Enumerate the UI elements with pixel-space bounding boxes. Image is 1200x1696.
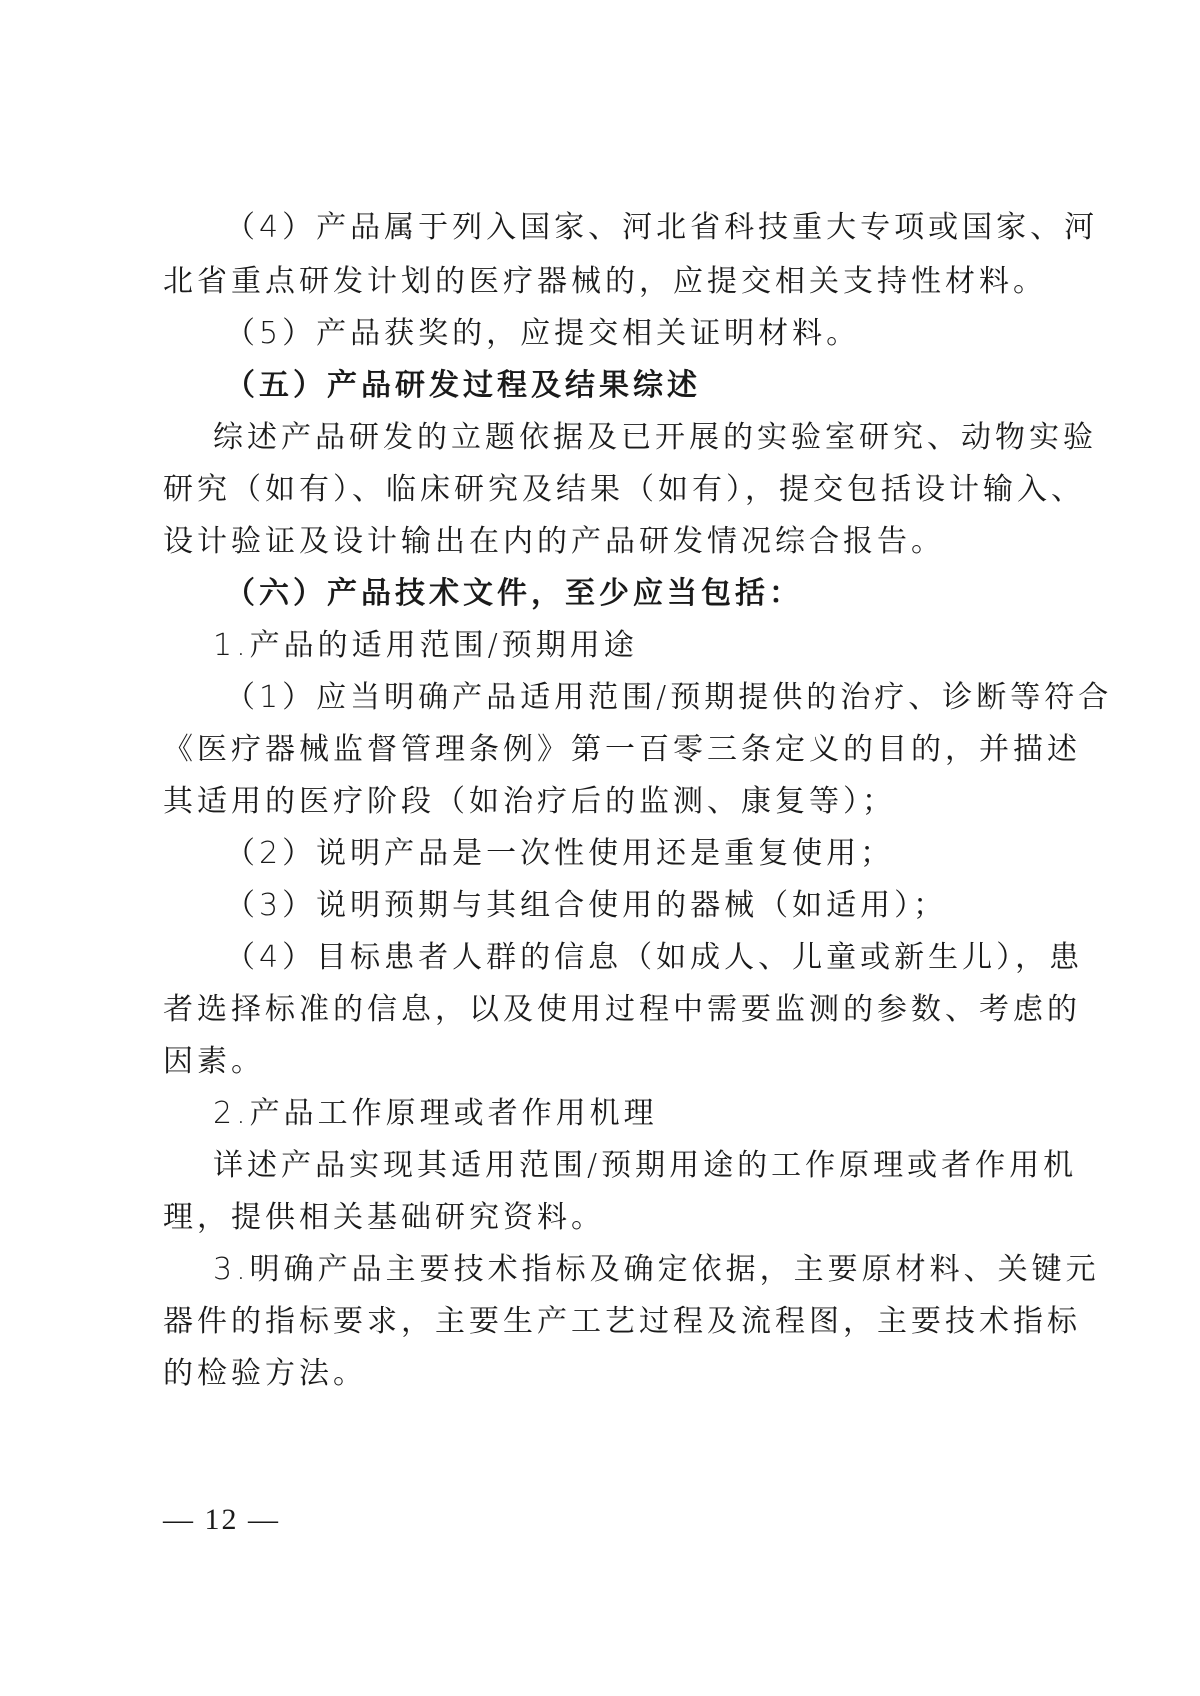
text-line: 详述产品实现其适用范围/预期用途的工作原理或者作用机 bbox=[213, 1146, 1041, 1186]
text-line: 因素。 bbox=[163, 1042, 1043, 1082]
text-line: 者选择标准的信息，以及使用过程中需要监测的参数、考虑的 bbox=[163, 990, 1041, 1030]
document-page: （4）产品属于列入国家、河北省科技重大专项或国家、河北省重点研发计划的医疗器械的… bbox=[0, 0, 1200, 1696]
text-line: 2.产品工作原理或者作用机理 bbox=[213, 1094, 1041, 1134]
page-number: — 12 — bbox=[163, 1500, 280, 1540]
text-line: 《医疗器械监督管理条例》第一百零三条定义的目的，并描述 bbox=[163, 730, 1041, 770]
text-line: 设计验证及设计输出在内的产品研发情况综合报告。 bbox=[163, 522, 1043, 562]
text-line: 理，提供相关基础研究资料。 bbox=[163, 1198, 1043, 1238]
text-line: 综述产品研发的立题依据及已开展的实验室研究、动物实验 bbox=[213, 418, 1041, 458]
text-line: （1）应当明确产品适用范围/预期提供的治疗、诊断等符合 bbox=[225, 678, 1041, 718]
text-line: 3.明确产品主要技术指标及确定依据，主要原材料、关键元 bbox=[213, 1250, 1041, 1290]
text-line: （5）产品获奖的，应提交相关证明材料。 bbox=[225, 314, 1041, 354]
text-line: 北省重点研发计划的医疗器械的，应提交相关支持性材料。 bbox=[163, 262, 1041, 302]
text-line: （3）说明预期与其组合使用的器械（如适用）； bbox=[225, 886, 1041, 926]
text-line: 1.产品的适用范围/预期用途 bbox=[213, 626, 1041, 666]
text-line: 的检验方法。 bbox=[163, 1354, 1043, 1394]
text-line: （2）说明产品是一次性使用还是重复使用； bbox=[225, 834, 1041, 874]
text-line: 器件的指标要求，主要生产工艺过程及流程图，主要技术指标 bbox=[163, 1302, 1041, 1342]
section-heading: （五）产品研发过程及结果综述 bbox=[225, 366, 1041, 406]
text-line: （4）产品属于列入国家、河北省科技重大专项或国家、河 bbox=[225, 208, 1041, 248]
text-line: （4）目标患者人群的信息（如成人、儿童或新生儿），患 bbox=[225, 938, 1041, 978]
text-line: 其适用的医疗阶段（如治疗后的监测、康复等）； bbox=[163, 782, 1043, 822]
section-heading: （六）产品技术文件，至少应当包括： bbox=[225, 574, 1041, 614]
text-line: 研究（如有）、临床研究及结果（如有），提交包括设计输入、 bbox=[163, 470, 1041, 510]
